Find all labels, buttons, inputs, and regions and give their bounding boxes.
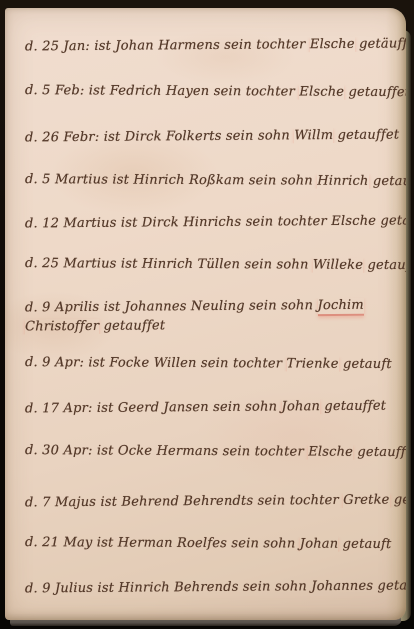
entry-name: Elsche: [299, 84, 344, 100]
entry-text: d. 5 Martius ist Hinrich Roßkam sein soh…: [25, 172, 406, 189]
entry-text-post: getauffet: [389, 492, 406, 507]
entry-number: 17: [177, 578, 192, 579]
entry-text: d. 26 Febr: ist Dirck Folkerts sein sohn…: [25, 127, 406, 145]
entry-text-pre: d. 12 Martius ist Dirck Hinrichs sein to…: [25, 214, 331, 231]
entry-text-pre: d. 17 Apr: ist Geerd Jansen sein sohn: [25, 399, 282, 416]
entry-name: Jochim: [317, 298, 364, 316]
entry-text-pre: d. 9 Apr: ist Focke Willen sein tochter: [25, 355, 287, 371]
register-entry: 16 d. 21 May ist Herman Roelfes sein soh…: [5, 535, 406, 552]
entry-name: Trienke: [286, 356, 338, 372]
entry-text-second-line: Christoffer getauffet: [25, 316, 406, 334]
entry-text: d. 5 Feb: ist Fedrich Hayen sein tochter…: [25, 83, 406, 100]
entry-text-pre: d. 25 Jan: ist Johan Harmens sein tochte…: [25, 37, 310, 54]
entry-text: d. 9 Aprilis ist Johannes Neuling sein s…: [25, 297, 406, 315]
entry-text-post: getauffet: [333, 127, 399, 143]
register-entry: 6 d. 5 Feb: ist Fedrich Hayen sein tocht…: [5, 83, 406, 100]
scanned-manuscript-page: 5 d. 25 Jan: ist Johan Harmens sein toch…: [0, 0, 414, 629]
register-entry: 9 d. 12 Martius ist Dirck Hinrichs sein …: [5, 213, 406, 231]
entry-number: 13: [170, 398, 185, 399]
entry-name: Johannes: [311, 579, 373, 595]
register-entry: 15 d. 7 Majus ist Behrend Behrendts sein…: [5, 492, 406, 510]
entry-text: d. 7 Majus ist Behrend Behrendts sein to…: [25, 492, 406, 510]
entry-text-pre: d. 5 Feb: ist Fedrich Hayen sein tochter: [25, 83, 299, 99]
entry-name: Elsche: [308, 445, 353, 461]
entry-name: Hinrich: [317, 174, 368, 189]
register-entry: 5 d. 25 Jan: ist Johan Harmens sein toch…: [5, 36, 406, 54]
entry-text-pre: d. 9 Aprilis ist Johannes Neuling sein s…: [25, 298, 318, 315]
entry-text-post: getauft: [339, 357, 392, 372]
register-entry: 13 d. 17 Apr: ist Geerd Jansen sein sohn…: [5, 398, 406, 416]
register-entry: 7 d. 26 Febr: ist Dirck Folkerts sein so…: [5, 127, 406, 145]
entry-text: d. 9 Apr: ist Focke Willen sein tochter …: [25, 355, 406, 372]
entry-number: 7: [135, 127, 143, 128]
entry-text-post: getauffet: [320, 399, 386, 415]
entry-text-pre: d. 7 Majus ist Behrend Behrendts sein to…: [25, 493, 343, 510]
entry-name: Elsche: [310, 37, 355, 55]
entry-text-pre: d. 21 May ist Herman Roelfes sein sohn: [25, 535, 300, 551]
entry-name: Elsche: [331, 214, 376, 230]
register-entry: 10 d. 25 Martius ist Hinrich Tüllen sein…: [5, 256, 406, 273]
entry-number: 5: [117, 36, 125, 37]
register-entry: 11 d. 9 Aprilis ist Johannes Neuling sei…: [5, 297, 406, 334]
entry-number: 9: [155, 213, 163, 214]
entry-name: Johan: [300, 536, 339, 552]
entry-text-post: getauft: [338, 537, 391, 552]
entry-text-post: getauft: [363, 258, 406, 273]
entry-name: Willeke: [313, 258, 363, 273]
entry-text-post: getauft: [368, 174, 406, 189]
register-entry: 14 d. 30 Apr: ist Ocke Hermans sein toch…: [5, 443, 406, 460]
entry-text-post: getauffet: [353, 445, 406, 460]
entry-text-post: getaufft: [373, 578, 406, 593]
entry-text: d. 25 Jan: ist Johan Harmens sein tochte…: [25, 36, 406, 54]
entry-text-pre: d. 30 Apr: ist Ocke Hermans sein tochter: [25, 443, 308, 459]
entry-name: Willm: [294, 128, 333, 146]
entry-text-post: getäufft: [355, 36, 406, 51]
entry-text-pre: d. 26 Febr: ist Dirck Folkerts sein sohn: [25, 128, 294, 145]
entry-text-post: getauffet: [99, 318, 165, 334]
entry-text: d. 21 May ist Herman Roelfes sein sohn J…: [25, 535, 406, 552]
entry-number: 15: [170, 492, 185, 493]
entry-text-pre: d. 9 Julius ist Hinrich Behrends sein so…: [25, 579, 311, 596]
entry-text: d. 25 Martius ist Hinrich Tüllen sein so…: [25, 256, 406, 273]
entry-name: Christoffer: [25, 319, 99, 335]
register-entry: 12 d. 9 Apr: ist Focke Willen sein tocht…: [5, 355, 406, 372]
entry-text-post: getauffet: [344, 85, 406, 100]
entry-name: Gretke: [343, 493, 389, 511]
entry-text: d. 9 Julius ist Hinrich Behrends sein so…: [25, 578, 406, 596]
entry-text-pre: d. 25 Martius ist Hinrich Tüllen sein so…: [25, 256, 313, 273]
entry-text: d. 17 Apr: ist Geerd Jansen sein sohn Jo…: [25, 398, 406, 416]
register-entry: 8 d. 5 Martius ist Hinrich Roßkam sein s…: [5, 172, 406, 189]
entry-number: 11: [155, 297, 170, 298]
entry-name: Johan: [281, 399, 320, 416]
entry-text-pre: d. 5 Martius ist Hinrich Roßkam sein soh…: [25, 172, 317, 189]
paper-page: 5 d. 25 Jan: ist Johan Harmens sein toch…: [5, 8, 406, 620]
entry-text-post: getauffet: [376, 213, 406, 228]
entry-text: d. 30 Apr: ist Ocke Hermans sein tochter…: [25, 443, 406, 460]
entry-text: d. 12 Martius ist Dirck Hinrichs sein to…: [25, 213, 406, 231]
register-entry: 17 d. 9 Julius ist Hinrich Behrends sein…: [5, 578, 406, 596]
